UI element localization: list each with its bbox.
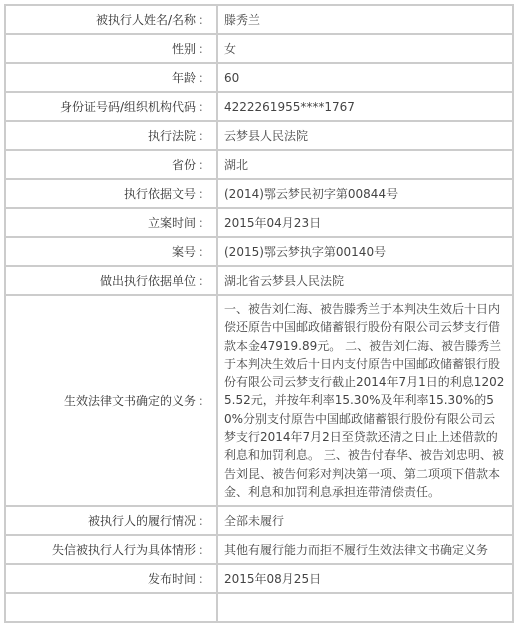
colon: ： [198, 572, 210, 586]
value-debtor-name: 滕秀兰 [217, 5, 513, 34]
label-dishonest-behavior: 失信被执行人行为具体情形： [5, 535, 217, 564]
colon: ： [198, 71, 210, 85]
value-empty [217, 593, 513, 605]
label-text: 执行法院 [148, 129, 196, 143]
value-dishonest-behavior: 其他有履行能力而拒不履行生效法律文书确定义务 [217, 535, 513, 564]
row-basis-issuing-unit: 做出执行依据单位： 湖北省云梦县人民法院 [5, 266, 513, 295]
label-text: 发布时间 [148, 572, 196, 586]
row-debtor-name: 被执行人姓名/名称： 滕秀兰 [5, 5, 513, 34]
label-id-number: 身份证号码/组织机构代码： [5, 92, 217, 121]
row-executing-court: 执行法院： 云梦县人民法院 [5, 121, 513, 150]
label-text: 年龄 [172, 71, 196, 85]
value-performance-status: 全部未履行 [217, 506, 513, 535]
row-age: 年龄： 60 [5, 63, 513, 92]
colon: ： [198, 216, 210, 230]
label-text: 立案时间 [148, 216, 196, 230]
label-debtor-name: 被执行人姓名/名称： [5, 5, 217, 34]
row-filing-date: 立案时间： 2015年04月23日 [5, 208, 513, 237]
value-filing-date: 2015年04月23日 [217, 208, 513, 237]
colon: ： [198, 514, 210, 528]
label-text: 生效法律文书确定的义务 [64, 394, 196, 408]
row-publish-date: 发布时间： 2015年08月25日 [5, 564, 513, 593]
value-id-number: 4222261955****1767 [217, 92, 513, 121]
colon: ： [198, 129, 210, 143]
label-empty [5, 593, 217, 605]
value-basis-issuing-unit: 湖北省云梦县人民法院 [217, 266, 513, 295]
row-gender: 性别： 女 [5, 34, 513, 63]
label-text: 失信被执行人行为具体情形 [52, 543, 196, 557]
label-text: 案号 [172, 245, 196, 259]
label-obligations: 生效法律文书确定的义务： [5, 295, 217, 506]
colon: ： [198, 394, 210, 408]
colon: ： [198, 274, 210, 288]
label-text: 被执行人姓名/名称 [96, 13, 196, 27]
label-age: 年龄： [5, 63, 217, 92]
info-table: 被执行人姓名/名称： 滕秀兰 性别： 女 年龄： 60 身份证号码/组织机构代码… [4, 4, 514, 605]
label-filing-date: 立案时间： [5, 208, 217, 237]
value-gender: 女 [217, 34, 513, 63]
colon: ： [198, 42, 210, 56]
value-basis-document-number: (2014)鄂云梦民初字第00844号 [217, 179, 513, 208]
label-province: 省份： [5, 150, 217, 179]
row-basis-document-number: 执行依据文号： (2014)鄂云梦民初字第00844号 [5, 179, 513, 208]
label-text: 执行依据文号 [124, 187, 196, 201]
row-performance-status: 被执行人的履行情况： 全部未履行 [5, 506, 513, 535]
label-text: 做出执行依据单位 [100, 274, 196, 288]
label-publish-date: 发布时间： [5, 564, 217, 593]
label-basis-document-number: 执行依据文号： [5, 179, 217, 208]
colon: ： [198, 13, 210, 27]
value-executing-court: 云梦县人民法院 [217, 121, 513, 150]
value-age: 60 [217, 63, 513, 92]
label-basis-issuing-unit: 做出执行依据单位： [5, 266, 217, 295]
label-text: 被执行人的履行情况 [88, 514, 196, 528]
label-text: 性别 [172, 42, 196, 56]
colon: ： [198, 543, 210, 557]
colon: ： [198, 158, 210, 172]
value-case-number: (2015)鄂云梦执字第00140号 [217, 237, 513, 266]
label-gender: 性别： [5, 34, 217, 63]
label-text: 省份 [172, 158, 196, 172]
dishonest-debtor-info-panel: 被执行人姓名/名称： 滕秀兰 性别： 女 年龄： 60 身份证号码/组织机构代码… [4, 4, 514, 605]
row-dishonest-behavior: 失信被执行人行为具体情形： 其他有履行能力而拒不履行生效法律文书确定义务 [5, 535, 513, 564]
label-text: 身份证号码/组织机构代码 [60, 100, 196, 114]
label-case-number: 案号： [5, 237, 217, 266]
colon: ： [198, 245, 210, 259]
colon: ： [198, 100, 210, 114]
value-obligations: 一、被告刘仁海、被告滕秀兰于本判决生效后十日内偿还原告中国邮政储蓄银行股份有限公… [217, 295, 513, 506]
row-next-partial [5, 593, 513, 605]
row-obligations: 生效法律文书确定的义务： 一、被告刘仁海、被告滕秀兰于本判决生效后十日内偿还原告… [5, 295, 513, 506]
row-id-number: 身份证号码/组织机构代码： 4222261955****1767 [5, 92, 513, 121]
value-publish-date: 2015年08月25日 [217, 564, 513, 593]
row-case-number: 案号： (2015)鄂云梦执字第00140号 [5, 237, 513, 266]
label-executing-court: 执行法院： [5, 121, 217, 150]
row-province: 省份： 湖北 [5, 150, 513, 179]
colon: ： [198, 187, 210, 201]
label-performance-status: 被执行人的履行情况： [5, 506, 217, 535]
value-province: 湖北 [217, 150, 513, 179]
